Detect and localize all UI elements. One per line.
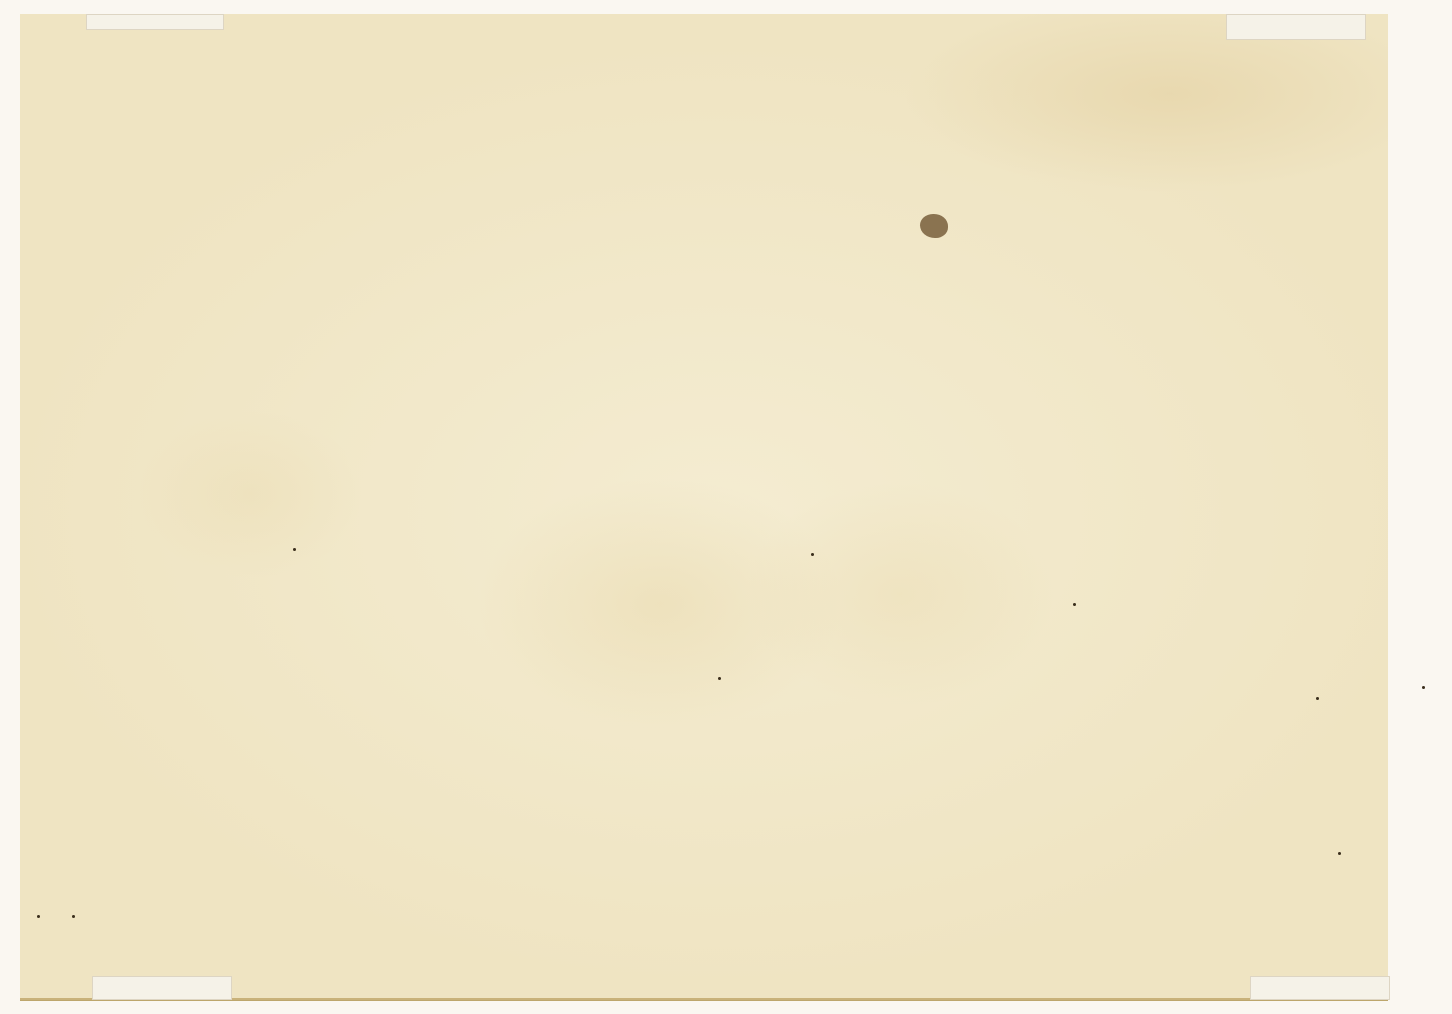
- tape-strip-bottom-right: [1250, 976, 1390, 1000]
- tape-strip-bottom-left: [92, 976, 232, 1000]
- dust-speck: [1338, 852, 1341, 855]
- dust-speck: [1073, 603, 1076, 606]
- tape-strip-top-left: [86, 14, 224, 30]
- brown-stain: [920, 214, 948, 238]
- dust-speck: [1422, 686, 1425, 689]
- dust-speck: [718, 677, 721, 680]
- dust-speck: [72, 915, 75, 918]
- dust-speck: [1316, 697, 1319, 700]
- dust-speck: [37, 915, 40, 918]
- paper-sheet: [20, 14, 1388, 1000]
- dust-speck: [811, 553, 814, 556]
- tape-strip-top-right: [1226, 14, 1366, 40]
- dust-speck: [293, 548, 296, 551]
